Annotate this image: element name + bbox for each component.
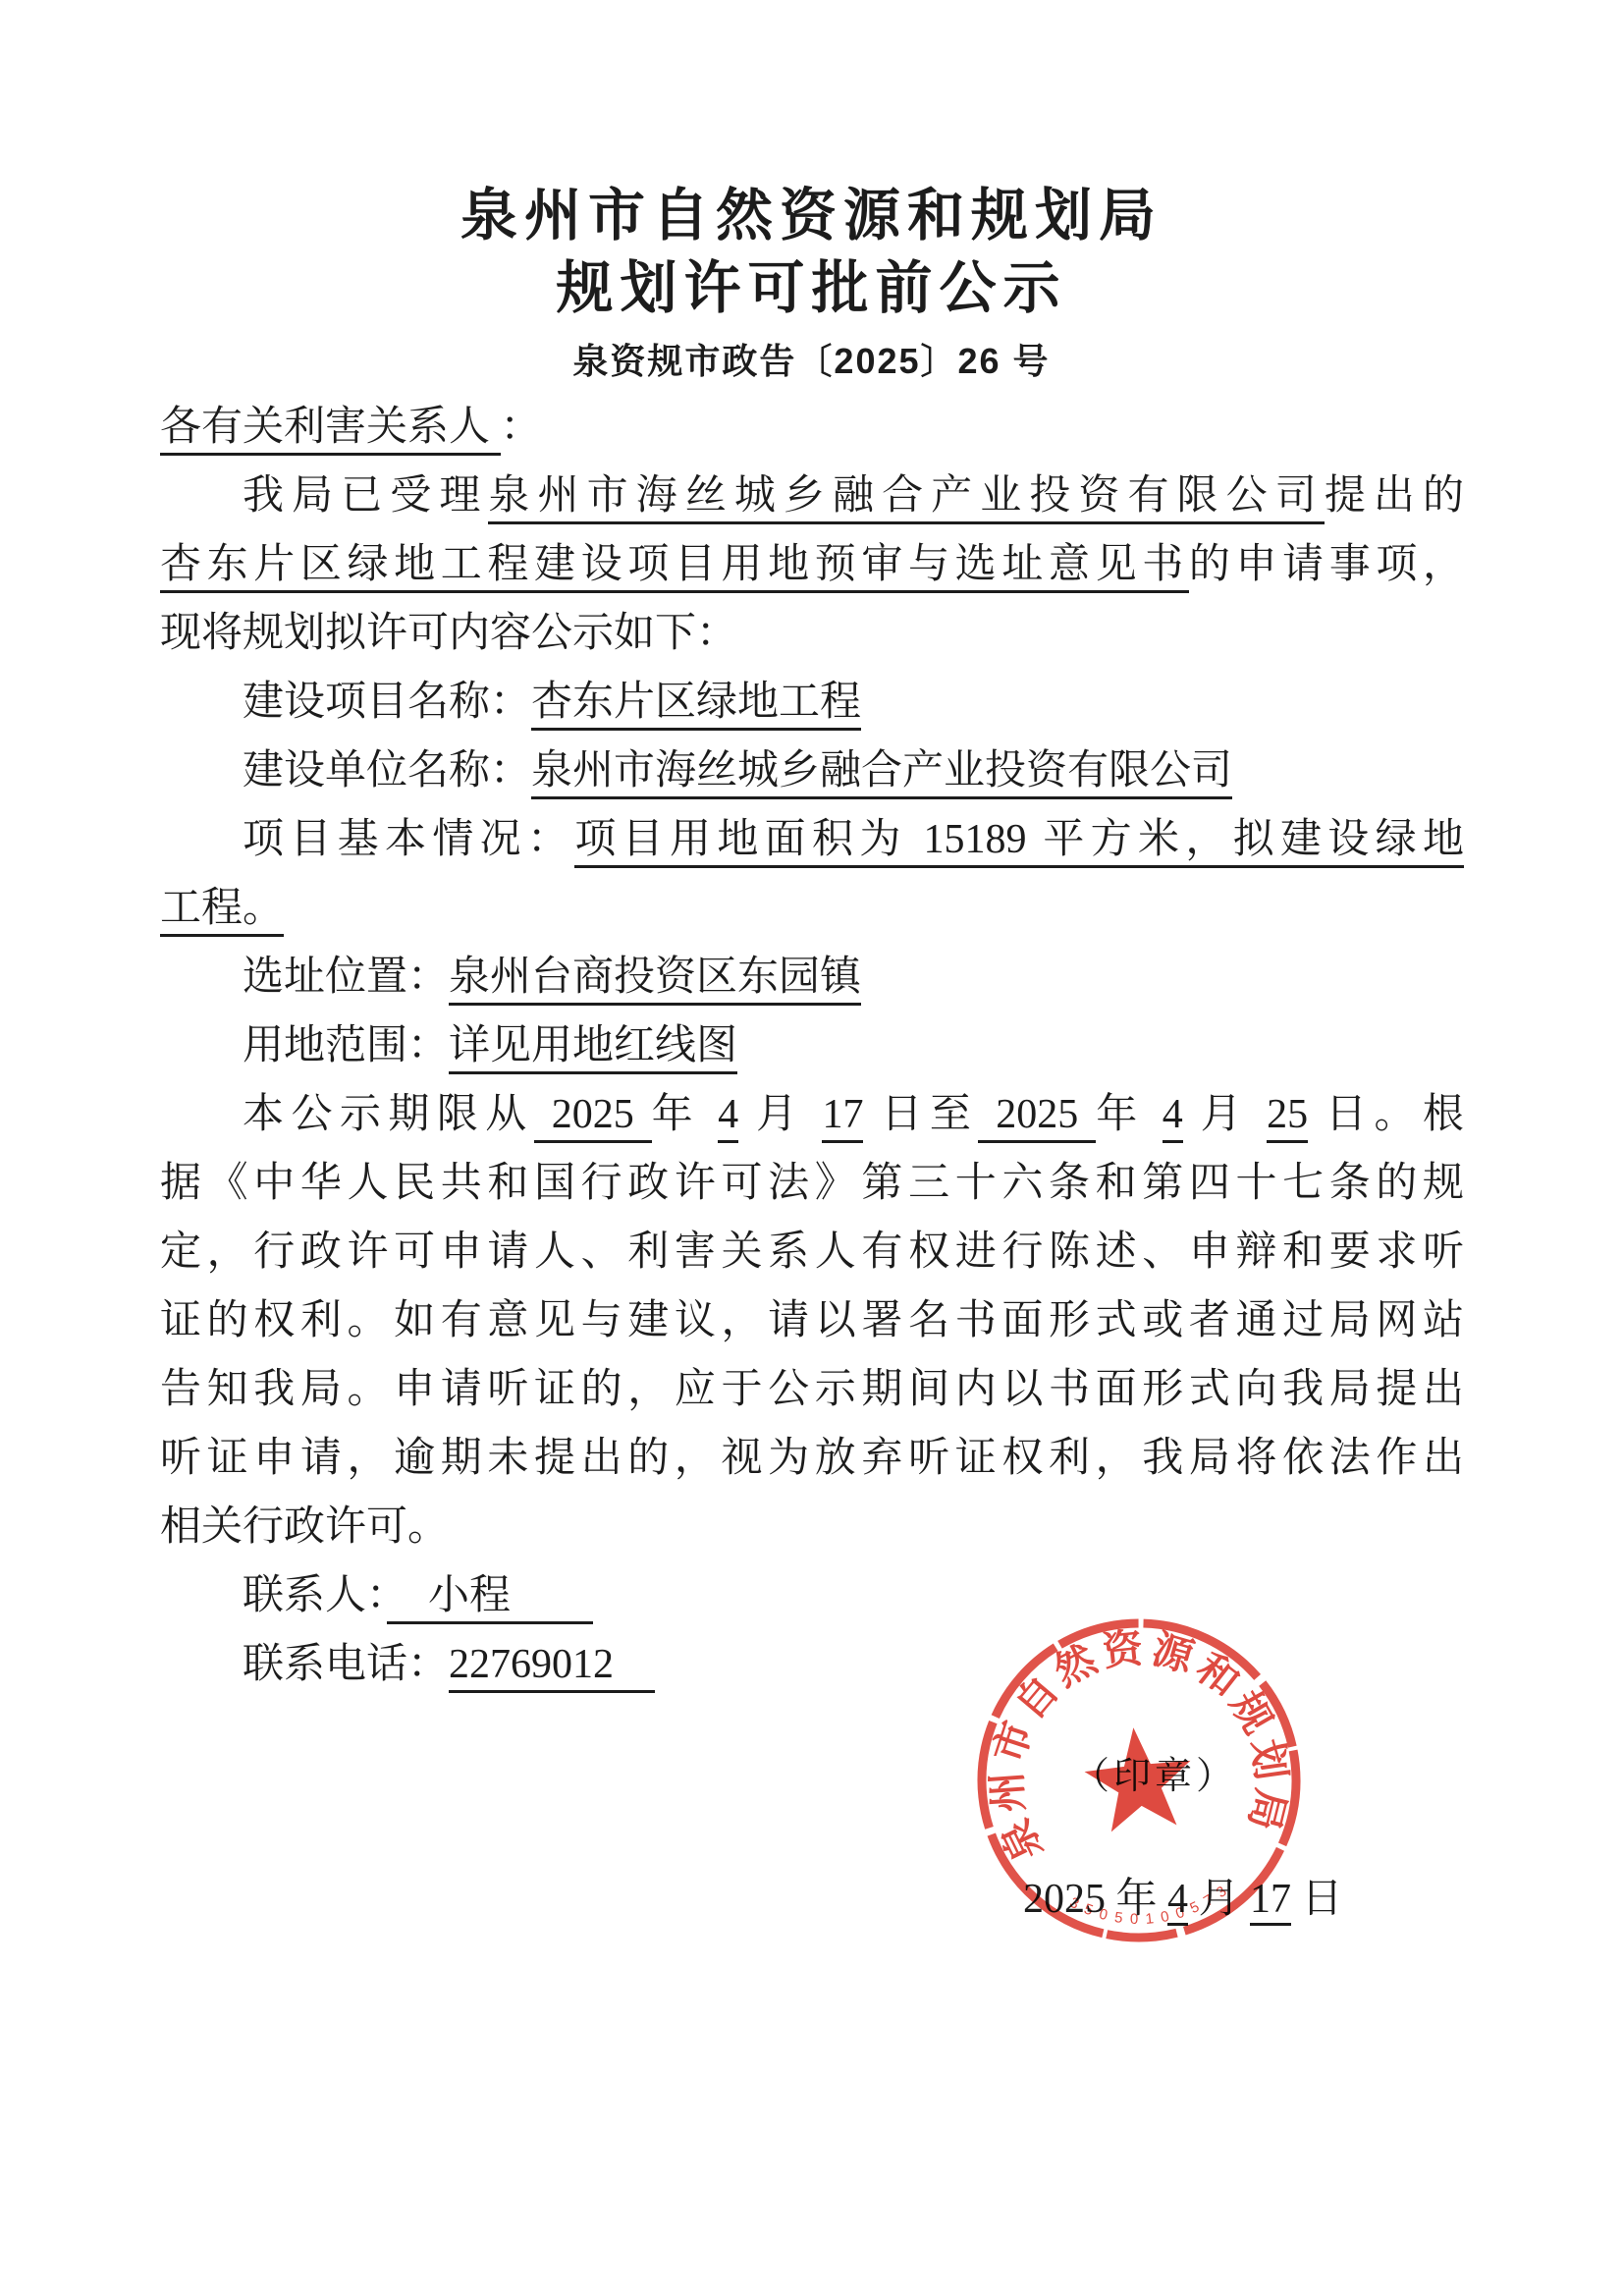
contact-phone-label: 联系电话： (243, 1642, 449, 1687)
project-name-value: 杏东片区绿地工程 (531, 680, 861, 731)
text-run: 我局已受理 (243, 473, 488, 519)
land-scope-value: 详见用地红线图 (449, 1023, 737, 1074)
field-label: 用地范围： (243, 1023, 449, 1068)
para-period-line-6: 听证申请，逾期未提出的，视为放弃听证权利，我局将依法作出 (160, 1424, 1464, 1493)
issue-date-year-label: 年 (1106, 1877, 1167, 1922)
contact-person-value: 小程 (387, 1573, 593, 1624)
period-start-year: 2025 (534, 1092, 652, 1143)
text-run: 告知我局。申请听证的，应于公示期间内以书面形式向我局提出 (160, 1367, 1464, 1412)
para-intro-line-1: 我局已受理泉州市海丝城乡融合产业投资有限公司提出的 (160, 462, 1464, 530)
period-end-month: 4 (1163, 1092, 1183, 1143)
text-run: 提出的 (1325, 473, 1464, 519)
issue-date-month-label: 月 (1188, 1877, 1250, 1922)
text-run: 证的权利。如有意见与建议，请以署名书面形式或者通过局网站 (160, 1298, 1464, 1343)
project-info-value-cont: 工程。 (160, 886, 284, 937)
contact-person-label: 联系人： (243, 1573, 387, 1618)
text-run: 听证申请，逾期未提出的，视为放弃听证权利，我局将依法作出 (160, 1436, 1464, 1481)
para-period-line-5: 告知我局。申请听证的，应于公示期间内以书面形式向我局提出 (160, 1355, 1464, 1424)
text-run: 本公示期限从 (243, 1092, 534, 1137)
contact-person-line: 联系人： 小程 (160, 1561, 1464, 1630)
para-intro-line-3: 现将规划拟许可内容公示如下： (160, 599, 1464, 668)
issue-date-line: 2025 年 4 月 17 日 (982, 1823, 1343, 1976)
seal-center-label: （印章） (1072, 1754, 1237, 1799)
document-body: 各有关利害关系人 ： 我局已受理泉州市海丝城乡融合产业投资有限公司提出的 杏东片… (160, 393, 1464, 1699)
period-start-day: 17 (822, 1092, 863, 1143)
field-owner-name: 建设单位名称：泉州市海丝城乡融合产业投资有限公司 (160, 737, 1464, 805)
issue-date-day-label: 日 (1291, 1877, 1343, 1922)
issue-date-day: 17 (1250, 1877, 1291, 1926)
salutation-colon: ： (501, 405, 542, 450)
field-label: 建设项目名称： (243, 680, 531, 725)
text-run: 日。根 (1308, 1092, 1464, 1137)
owner-name-value: 泉州市海丝城乡融合产业投资有限公司 (531, 748, 1232, 799)
text-run: 月 (738, 1092, 822, 1137)
field-project-info: 项目基本情况：项目用地面积为 15189 平方米，拟建设绿地 (160, 805, 1464, 874)
applicant-company-name: 泉州市海丝城乡融合产业投资有限公司 (488, 473, 1324, 524)
period-end-year: 2025 (978, 1092, 1096, 1143)
para-intro-line-2: 杏东片区绿地工程建设项目用地预审与选址意见书的申请事项， (160, 530, 1464, 599)
text-run: 日至 (863, 1092, 978, 1137)
field-land-scope: 用地范围：详见用地红线图 (160, 1011, 1464, 1080)
text-run: 的申请事项， (1189, 542, 1464, 587)
salutation-line: 各有关利害关系人 ： (160, 393, 1464, 462)
contact-phone-line: 联系电话：22769012 (160, 1630, 1464, 1699)
contact-phone-value: 22769012 (449, 1642, 655, 1693)
issue-date-month: 4 (1167, 1877, 1188, 1926)
notice-document-page: 泉州市自然资源和规划局 规划许可批前公示 泉资规市政告〔2025〕26 号 各有… (0, 0, 1623, 2296)
salutation-text: 各有关利害关系人 (160, 405, 501, 456)
field-site-location: 选址位置：泉州台商投资区东园镇 (160, 943, 1464, 1011)
text-run: 相关行政许可。 (160, 1504, 449, 1550)
field-label: 项目基本情况： (243, 817, 574, 862)
application-document-name: 杏东片区绿地工程建设项目用地预审与选址意见书 (160, 542, 1189, 593)
para-period-line-3: 定，行政许可申请人、利害关系人有权进行陈述、申辩和要求听 (160, 1218, 1464, 1286)
para-period-line-4: 证的权利。如有意见与建议，请以署名书面形式或者通过局网站 (160, 1286, 1464, 1355)
field-label: 选址位置： (243, 955, 449, 1000)
document-title-line2: 规划许可批前公示 (0, 242, 1623, 324)
para-period-line-1: 本公示期限从 2025 年 4 月 17 日至 2025 年 4 月 25 日。… (160, 1080, 1464, 1149)
project-info-value: 项目用地面积为 15189 平方米，拟建设绿地 (574, 817, 1464, 868)
period-start-month: 4 (718, 1092, 738, 1143)
field-project-name: 建设项目名称：杏东片区绿地工程 (160, 668, 1464, 737)
issue-date-year: 2025 (1023, 1877, 1106, 1922)
para-period-line-7: 相关行政许可。 (160, 1493, 1464, 1561)
document-title-line1: 泉州市自然资源和规划局 (0, 169, 1623, 251)
text-run: 现将规划拟许可内容公示如下： (160, 611, 737, 656)
document-number: 泉资规市政告〔2025〕26 号 (0, 334, 1623, 384)
text-run: 月 (1183, 1092, 1267, 1137)
period-end-day: 25 (1267, 1092, 1308, 1143)
text-run: 年 (652, 1092, 718, 1137)
text-run: 定，行政许可申请人、利害关系人有权进行陈述、申辩和要求听 (160, 1230, 1464, 1275)
para-period-line-2: 据《中华人民共和国行政许可法》第三十六条和第四十七条的规 (160, 1149, 1464, 1218)
field-project-info-continued: 工程。 (160, 874, 1464, 943)
text-run: 据《中华人民共和国行政许可法》第三十六条和第四十七条的规 (160, 1161, 1464, 1206)
field-label: 建设单位名称： (243, 748, 531, 793)
text-run: 年 (1096, 1092, 1162, 1137)
site-location-value: 泉州台商投资区东园镇 (449, 955, 861, 1006)
